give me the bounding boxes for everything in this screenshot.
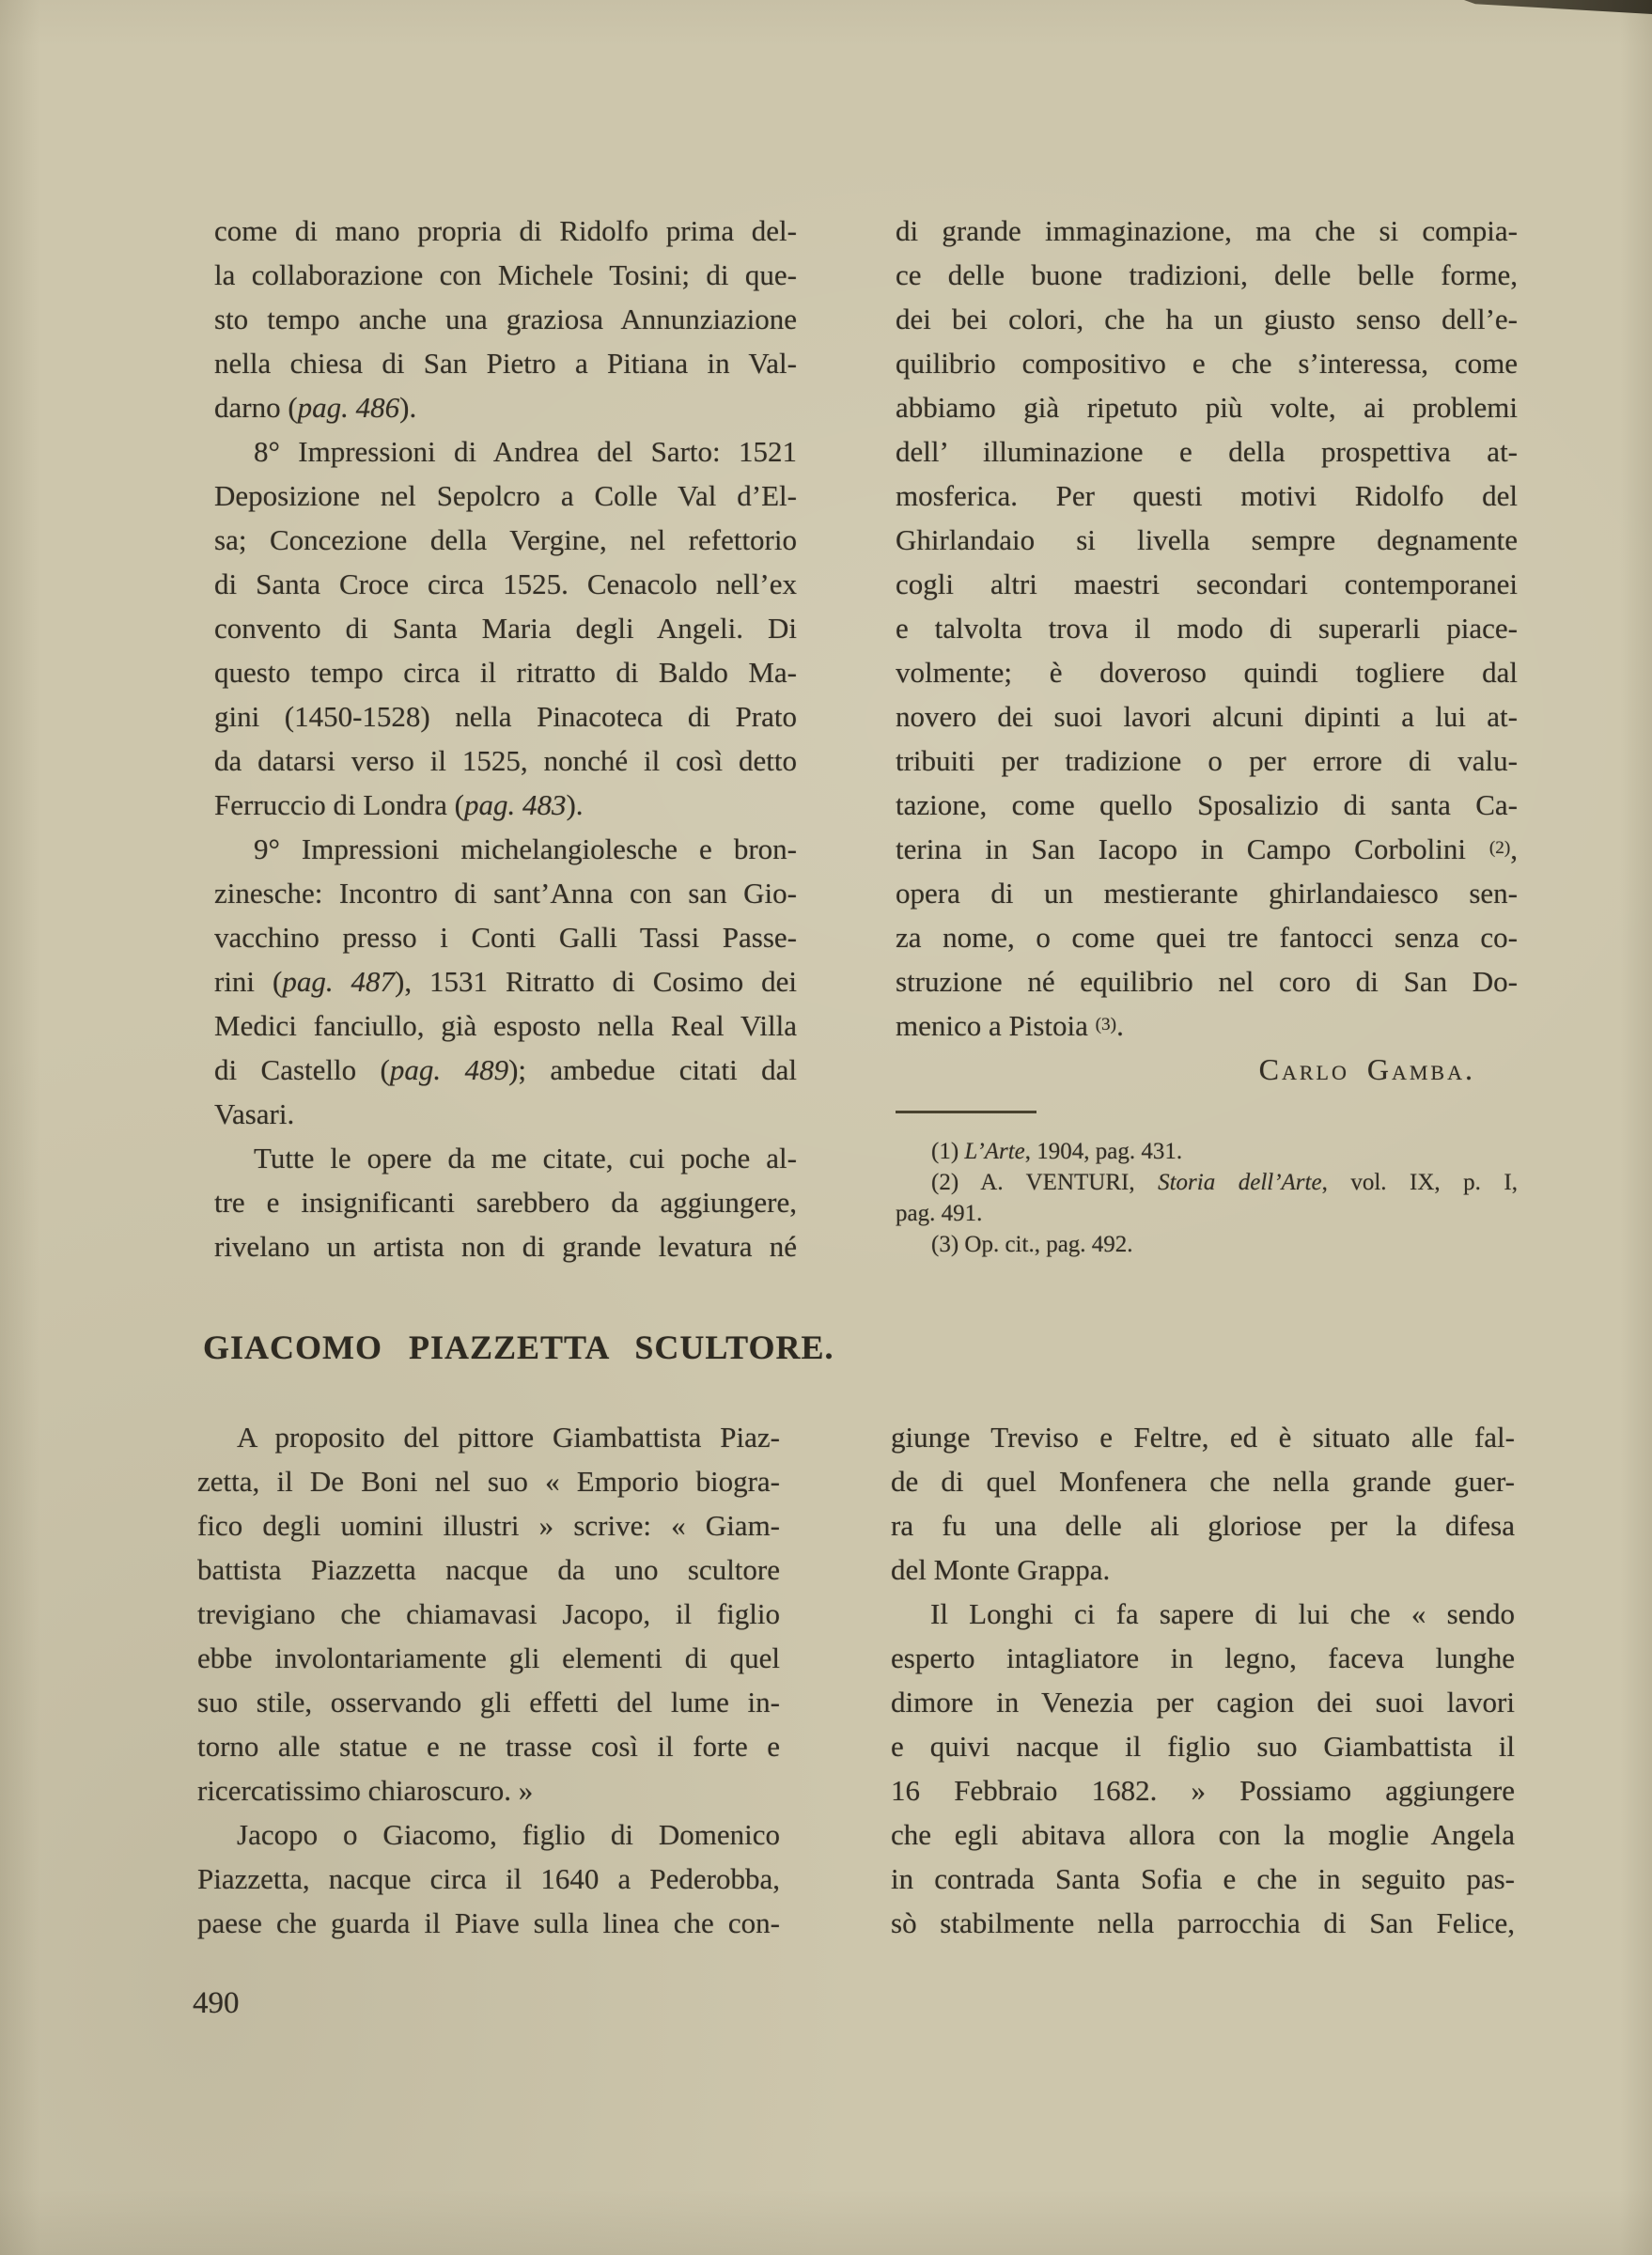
text-line: la collaborazione con Michele Tosini; di… (214, 253, 797, 297)
text-line: Jacopo o Giacomo, figlio di Domenico (197, 1812, 780, 1857)
text-line: in contrada Santa Sofia e che in seguito… (891, 1857, 1515, 1901)
scan-edge-artifact (1464, 0, 1652, 14)
text-line: Medici fanciullo, già esposto nella Real… (214, 1003, 797, 1048)
text-line: come di mano propria di Ridolfo prima de… (214, 209, 797, 253)
text-line: Deposizione nel Sepolcro a Colle Val d’E… (214, 474, 797, 518)
text-line: 8° Impressioni di Andrea del Sarto: 1521 (214, 429, 797, 474)
text-line: mosferica. Per questi motivi Ridolfo del (896, 474, 1518, 518)
text-line: giunge Treviso e Feltre, ed è situato al… (891, 1415, 1515, 1459)
text-line: cogli altri maestri secondari contempora… (896, 562, 1518, 606)
text-line: gini (1450-1528) nella Pinacoteca di Pra… (214, 694, 797, 739)
text-line: tribuiti per tradizione o per errore di … (896, 739, 1518, 783)
text-line: trevigiano che chiamavasi Jacopo, il fig… (197, 1592, 780, 1636)
text-line: sò stabilmente nella parrocchia di San F… (891, 1901, 1515, 1945)
text-line: nella chiesa di San Pietro a Pitiana in … (214, 341, 797, 385)
text-line: di Castello (pag. 489); ambedue citati d… (214, 1048, 797, 1092)
footnote-rule (896, 1111, 1036, 1113)
text-line: rivelano un artista non di grande levatu… (214, 1224, 797, 1268)
bottom-right-column: giunge Treviso e Feltre, ed è situato al… (891, 1415, 1515, 1945)
text-line: (1) L’Arte, 1904, pag. 431. (896, 1136, 1518, 1167)
text-line: vacchino presso i Conti Galli Tassi Pass… (214, 915, 797, 959)
text-line: di Santa Croce circa 1525. Cenacolo nell… (214, 562, 797, 606)
text-line: Ghirlandaio si livella sempre degnamente (896, 518, 1518, 562)
top-right-lines: di grande immaginazione, ma che si compi… (896, 209, 1518, 1048)
text-line: volmente; è doveroso quindi togliere dal (896, 650, 1518, 694)
text-line: e quivi nacque il figlio suo Giambattist… (891, 1724, 1515, 1768)
text-line: abbiamo già ripetuto più volte, ai probl… (896, 385, 1518, 429)
scanned-book-page: come di mano propria di Ridolfo prima de… (0, 0, 1652, 2255)
text-line: novero dei suoi lavori alcuni dipinti a … (896, 694, 1518, 739)
text-line: dei bei colori, che ha un giusto senso d… (896, 297, 1518, 341)
text-line: battista Piazzetta nacque da uno scultor… (197, 1547, 780, 1592)
text-line: de di quel Monfenera che nella grande gu… (891, 1459, 1515, 1503)
text-line: questo tempo circa il ritratto di Baldo … (214, 650, 797, 694)
text-line: di grande immaginazione, ma che si compi… (896, 209, 1518, 253)
text-line: suo stile, osservando gli effetti del lu… (197, 1680, 780, 1724)
text-line: pag. 491. (896, 1198, 1518, 1229)
text-line: za nome, o come quei tre fantocci senza … (896, 915, 1518, 959)
text-line: Vasari. (214, 1092, 797, 1136)
text-line: (2) A. VENTURI, Storia dell’Arte, vol. I… (896, 1167, 1518, 1198)
top-right-column: di grande immaginazione, ma che si compi… (896, 209, 1518, 1260)
text-line: da datarsi verso il 1525, nonché il così… (214, 739, 797, 783)
bottom-left-column: A proposito del pittore Giambattista Pia… (197, 1415, 780, 1945)
top-left-column: come di mano propria di Ridolfo prima de… (214, 209, 797, 1268)
text-line: dimore in Venezia per cagion dei suoi la… (891, 1680, 1515, 1724)
text-line: A proposito del pittore Giambattista Pia… (197, 1415, 780, 1459)
text-line: 9° Impressioni michelangiolesche e bron- (214, 827, 797, 871)
text-line: sa; Concezione della Vergine, nel refett… (214, 518, 797, 562)
text-line: Il Longhi ci fa sapere di lui che « send… (891, 1592, 1515, 1636)
text-line: menico a Pistoia (3). (896, 1003, 1518, 1048)
text-line: e talvolta trova il modo di superarli pi… (896, 606, 1518, 650)
text-line: darno (pag. 486). (214, 385, 797, 429)
text-line: Tutte le opere da me citate, cui poche a… (214, 1136, 797, 1180)
text-line: paese che guarda il Piave sulla linea ch… (197, 1901, 780, 1945)
text-line: Piazzetta, nacque circa il 1640 a Pedero… (197, 1857, 780, 1901)
text-line: ce delle buone tradizioni, delle belle f… (896, 253, 1518, 297)
text-line: esperto intagliatore in legno, faceva lu… (891, 1636, 1515, 1680)
text-line: zinesche: Incontro di sant’Anna con san … (214, 871, 797, 915)
text-line: quilibrio compositivo e che s’interessa,… (896, 341, 1518, 385)
text-line: tazione, come quello Sposalizio di santa… (896, 783, 1518, 827)
text-line: struzione né equilibrio nel coro di San … (896, 959, 1518, 1003)
footnotes: (1) L’Arte, 1904, pag. 431.(2) A. VENTUR… (896, 1136, 1518, 1260)
text-line: opera di un mestierante ghirlandaiesco s… (896, 871, 1518, 915)
text-line: del Monte Grappa. (891, 1547, 1515, 1592)
text-line: torno alle statue e ne trasse così il fo… (197, 1724, 780, 1768)
text-line: che egli abitava allora con la moglie An… (891, 1812, 1515, 1857)
section-heading: GIACOMO PIAZZETTA SCULTORE. (203, 1329, 834, 1366)
text-line: ebbe involontariamente gli elementi di q… (197, 1636, 780, 1680)
page-number: 490 (193, 1984, 240, 2022)
text-line: tre e insignificanti sarebbero da aggiun… (214, 1180, 797, 1224)
text-line: sto tempo anche una graziosa Annunziazio… (214, 297, 797, 341)
text-line: zetta, il De Boni nel suo « Emporio biog… (197, 1459, 780, 1503)
text-line: ra fu una delle ali gloriose per la dife… (891, 1503, 1515, 1547)
text-line: Ferruccio di Londra (pag. 483). (214, 783, 797, 827)
text-line: (3) Op. cit., pag. 492. (896, 1229, 1518, 1260)
text-line: 16 Febbraio 1682. » Possiamo aggiungere (891, 1768, 1515, 1812)
text-line: fico degli uomini illustri » scrive: « G… (197, 1503, 780, 1547)
text-line: terina in San Iacopo in Campo Corbolini … (896, 827, 1518, 871)
author-signature: Carlo Gamba. (896, 1048, 1518, 1092)
text-line: ricercatissimo chiaroscuro. » (197, 1768, 780, 1812)
text-line: rini (pag. 487), 1531 Ritratto di Cosimo… (214, 959, 797, 1003)
text-line: convento di Santa Maria degli Angeli. Di (214, 606, 797, 650)
text-line: dell’ illuminazione e della prospettiva … (896, 429, 1518, 474)
